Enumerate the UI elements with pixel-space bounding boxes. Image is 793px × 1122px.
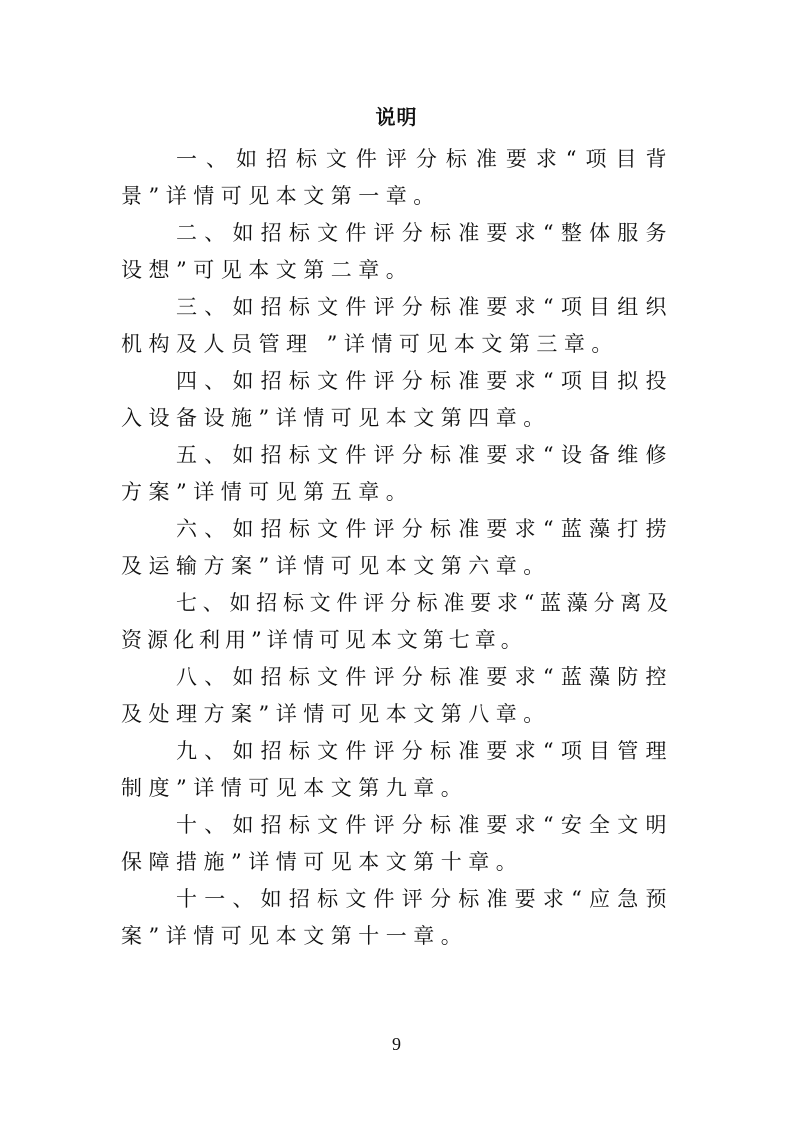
- paragraph-3: 三、如招标文件评分标准要求“项目组织机构及人员管理 ”详情可见本文第三章。: [121, 289, 673, 363]
- paragraph-4: 四、如招标文件评分标准要求“项目拟投入设备设施”详情可见本文第四章。: [121, 363, 673, 437]
- paragraph-1: 一、如招标文件评分标准要求“项目背景”详情可见本文第一章。: [121, 141, 673, 215]
- paragraph-9: 九、如招标文件评分标准要求“项目管理制度”详情可见本文第九章。: [121, 733, 673, 807]
- paragraph-6: 六、如招标文件评分标准要求“蓝藻打捞及运输方案”详情可见本文第六章。: [121, 511, 673, 585]
- paragraph-11: 十一、如招标文件评分标准要求“应急预案”详情可见本文第十一章。: [121, 881, 673, 955]
- paragraph-7: 七、如招标文件评分标准要求“蓝藻分离及资源化利用”详情可见本文第七章。: [121, 585, 673, 659]
- page-title: 说明: [0, 103, 793, 131]
- paragraph-5: 五、如招标文件评分标准要求“设备维修方案”详情可见第五章。: [121, 437, 673, 511]
- page-number: 9: [0, 1032, 793, 1056]
- paragraph-2: 二、如招标文件评分标准要求“整体服务设想”可见本文第二章。: [121, 215, 673, 289]
- document-page: 说明 一、如招标文件评分标准要求“项目背景”详情可见本文第一章。 二、如招标文件…: [0, 0, 793, 1122]
- paragraph-10: 十、如招标文件评分标准要求“安全文明保障措施”详情可见本文第十章。: [121, 807, 673, 881]
- document-body: 一、如招标文件评分标准要求“项目背景”详情可见本文第一章。 二、如招标文件评分标…: [121, 141, 673, 955]
- paragraph-8: 八、如招标文件评分标准要求“蓝藻防控及处理方案”详情可见本文第八章。: [121, 659, 673, 733]
